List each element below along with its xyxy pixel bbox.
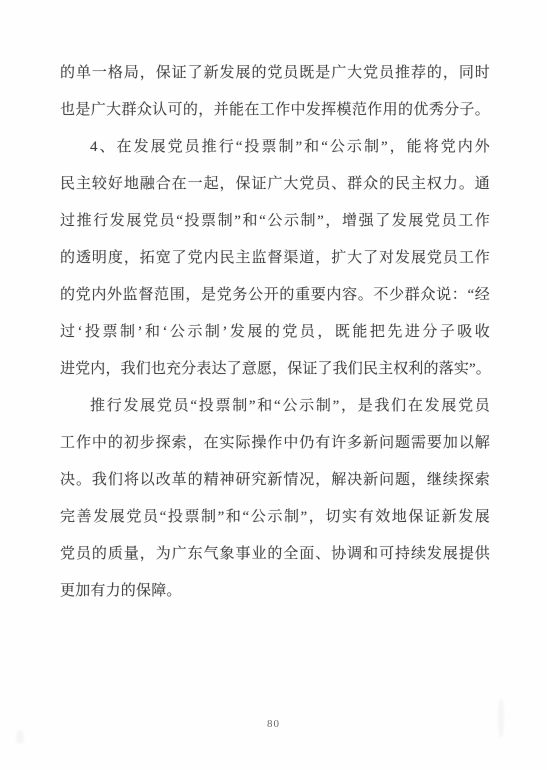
text-line: 更加有力的保障。 [60, 573, 490, 610]
text-line: 完善发展党员“投票制”和“公示制”，切实有效地保证新发展 [60, 499, 490, 536]
text-line: 过推行发展党员“投票制”和“公示制”，增强了发展党员工作 [60, 203, 490, 240]
text-line: 的党内外监督范围，是党务公开的重要内容。不少群众说：“经 [60, 277, 490, 314]
text-line: 的单一格局，保证了新发展的党员既是广大党员推荐的，同时 [60, 55, 490, 92]
text-line: 党员的质量，为广东气象事业的全面、协调和可持续发展提供 [60, 536, 490, 573]
text-line: 决。我们将以改革的精神研究新情况，解决新问题，继续探索 [60, 462, 490, 499]
scanned-document-page: 的单一格局，保证了新发展的党员既是广大党员推荐的，同时 也是广大群众认可的，并能… [0, 0, 547, 770]
text-line: 也是广大群众认可的，并能在工作中发挥模范作用的优秀分子。 [60, 92, 490, 129]
text-line: 进党内，我们也充分表达了意愿，保证了我们民主权利的落实”。 [60, 351, 490, 388]
text-line: 的透明度，拓宽了党内民主监督渠道，扩大了对发展党员工作 [60, 240, 490, 277]
document-text-block: 的单一格局，保证了新发展的党员既是广大党员推荐的，同时 也是广大群众认可的，并能… [60, 55, 490, 610]
text-line: 过‘投票制’和‘公示制’发展的党员，既能把先进分子吸收 [60, 314, 490, 351]
scan-smudge [498, 698, 504, 738]
text-line: 工作中的初步探索，在实际操作中仍有许多新问题需要加以解 [60, 425, 490, 462]
text-line: 4、在发展党员推行“投票制”和“公示制”，能将党内外 [60, 129, 490, 166]
text-line: 推行发展党员“投票制”和“公示制”，是我们在发展党员 [60, 388, 490, 425]
scan-smudge [16, 730, 24, 744]
text-line: 民主较好地融合在一起，保证广大党员、群众的民主权力。通 [60, 166, 490, 203]
page-number: 80 [0, 718, 547, 730]
